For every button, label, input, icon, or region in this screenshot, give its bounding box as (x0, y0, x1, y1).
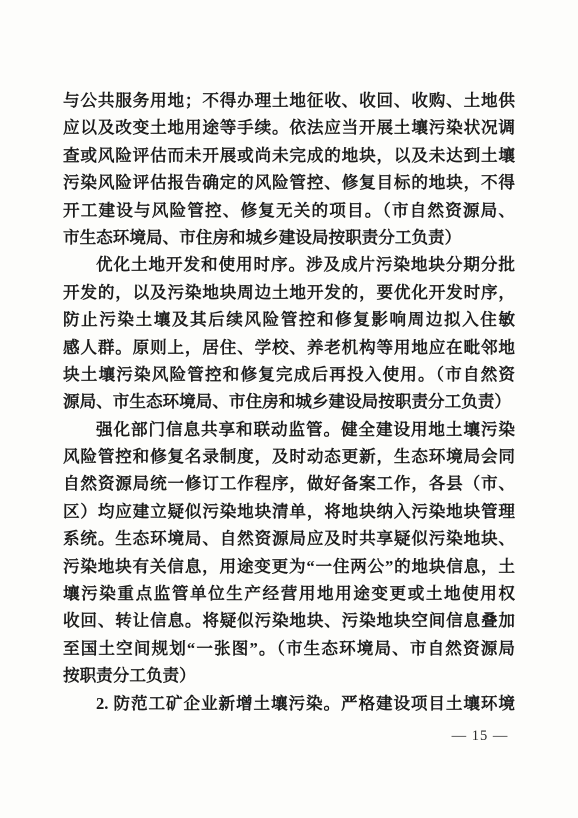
document-line: 防止污染土壤及其后续风险管控和修复影响周边拟入住敏 (63, 306, 515, 333)
document-line: 系统。生态环境局、自然资源局应及时共享疑似污染地块、 (63, 525, 515, 552)
document-line: 开工建设与风险管控、修复无关的项目。（市自然资源局、 (63, 197, 515, 224)
document-line: 2. 防范工矿企业新增土壤污染。严格建设项目土壤环境 (63, 690, 515, 717)
document-line: 污染风险评估报告确定的风险管控、修复目标的地块，不得 (63, 169, 515, 196)
document-line: 感人群。原则上，居住、学校、养老机构等用地应在毗邻地 (63, 334, 515, 361)
document-line: 应以及改变土地用途等手续。依法应当开展土壤污染状况调 (63, 114, 515, 141)
page-number: — 15 — (425, 728, 535, 745)
document-line: 强化部门信息共享和联动监管。健全建设用地土壤污染 (63, 416, 515, 443)
document-line: 风险管控和修复名录制度，及时动态更新，生态环境局会同 (63, 443, 515, 470)
paragraph-lead: 强化部门信息共享和联动监管。 (96, 420, 341, 439)
document-line: 按职责分工负责） (63, 662, 515, 689)
document-line: 收回、转让信息。将疑似污染地块、污染地块空间信息叠加 (63, 607, 515, 634)
line-text: 健全建设用地土壤污染 (341, 420, 515, 439)
document-line: 至国土空间规划“一张图”。（市生态环境局、市自然资源局 (63, 635, 515, 662)
document-line: 污染地块有关信息，用途变更为“一住两公”的地块信息，土 (63, 553, 515, 580)
paragraph-lead: 优化土地开发和使用时序。 (96, 255, 306, 274)
document-line: 自然资源局统一修订工作程序，做好备案工作，各县（市、 (63, 470, 515, 497)
document-line: 开发的，以及污染地块周边土地开发的，要优化开发时序， (63, 279, 515, 306)
document-line: 与公共服务用地；不得办理土地征收、收回、收购、土地供 (63, 87, 515, 114)
document-line: 源局、市生态环境局、市住房和城乡建设局按职责分工负责） (63, 388, 515, 415)
numbered-item-lead: 2. 防范工矿企业新增土壤污染。 (96, 694, 341, 713)
document-line: 市生态环境局、市住房和城乡建设局按职责分工负责） (63, 224, 515, 251)
document-line: 优化土地开发和使用时序。涉及成片污染地块分期分批 (63, 251, 515, 278)
document-line: 查或风险评估而未开展或尚未完成的地块，以及未达到土壤 (63, 142, 515, 169)
line-text: 严格建设项目土壤环境 (341, 694, 515, 713)
document-page: 与公共服务用地；不得办理土地征收、收回、收购、土地供 应以及改变土地用途等手续。… (0, 0, 578, 818)
document-line: 壤污染重点监管单位生产经营用地用途变更或土地使用权 (63, 580, 515, 607)
document-body: 与公共服务用地；不得办理土地征收、收回、收购、土地供 应以及改变土地用途等手续。… (63, 87, 515, 717)
document-line: 块土壤污染风险管控和修复完成后再投入使用。（市自然资 (63, 361, 515, 388)
document-line: 区）均应建立疑似污染地块清单，将地块纳入污染地块管理 (63, 498, 515, 525)
line-text: 涉及成片污染地块分期分批 (306, 255, 515, 274)
